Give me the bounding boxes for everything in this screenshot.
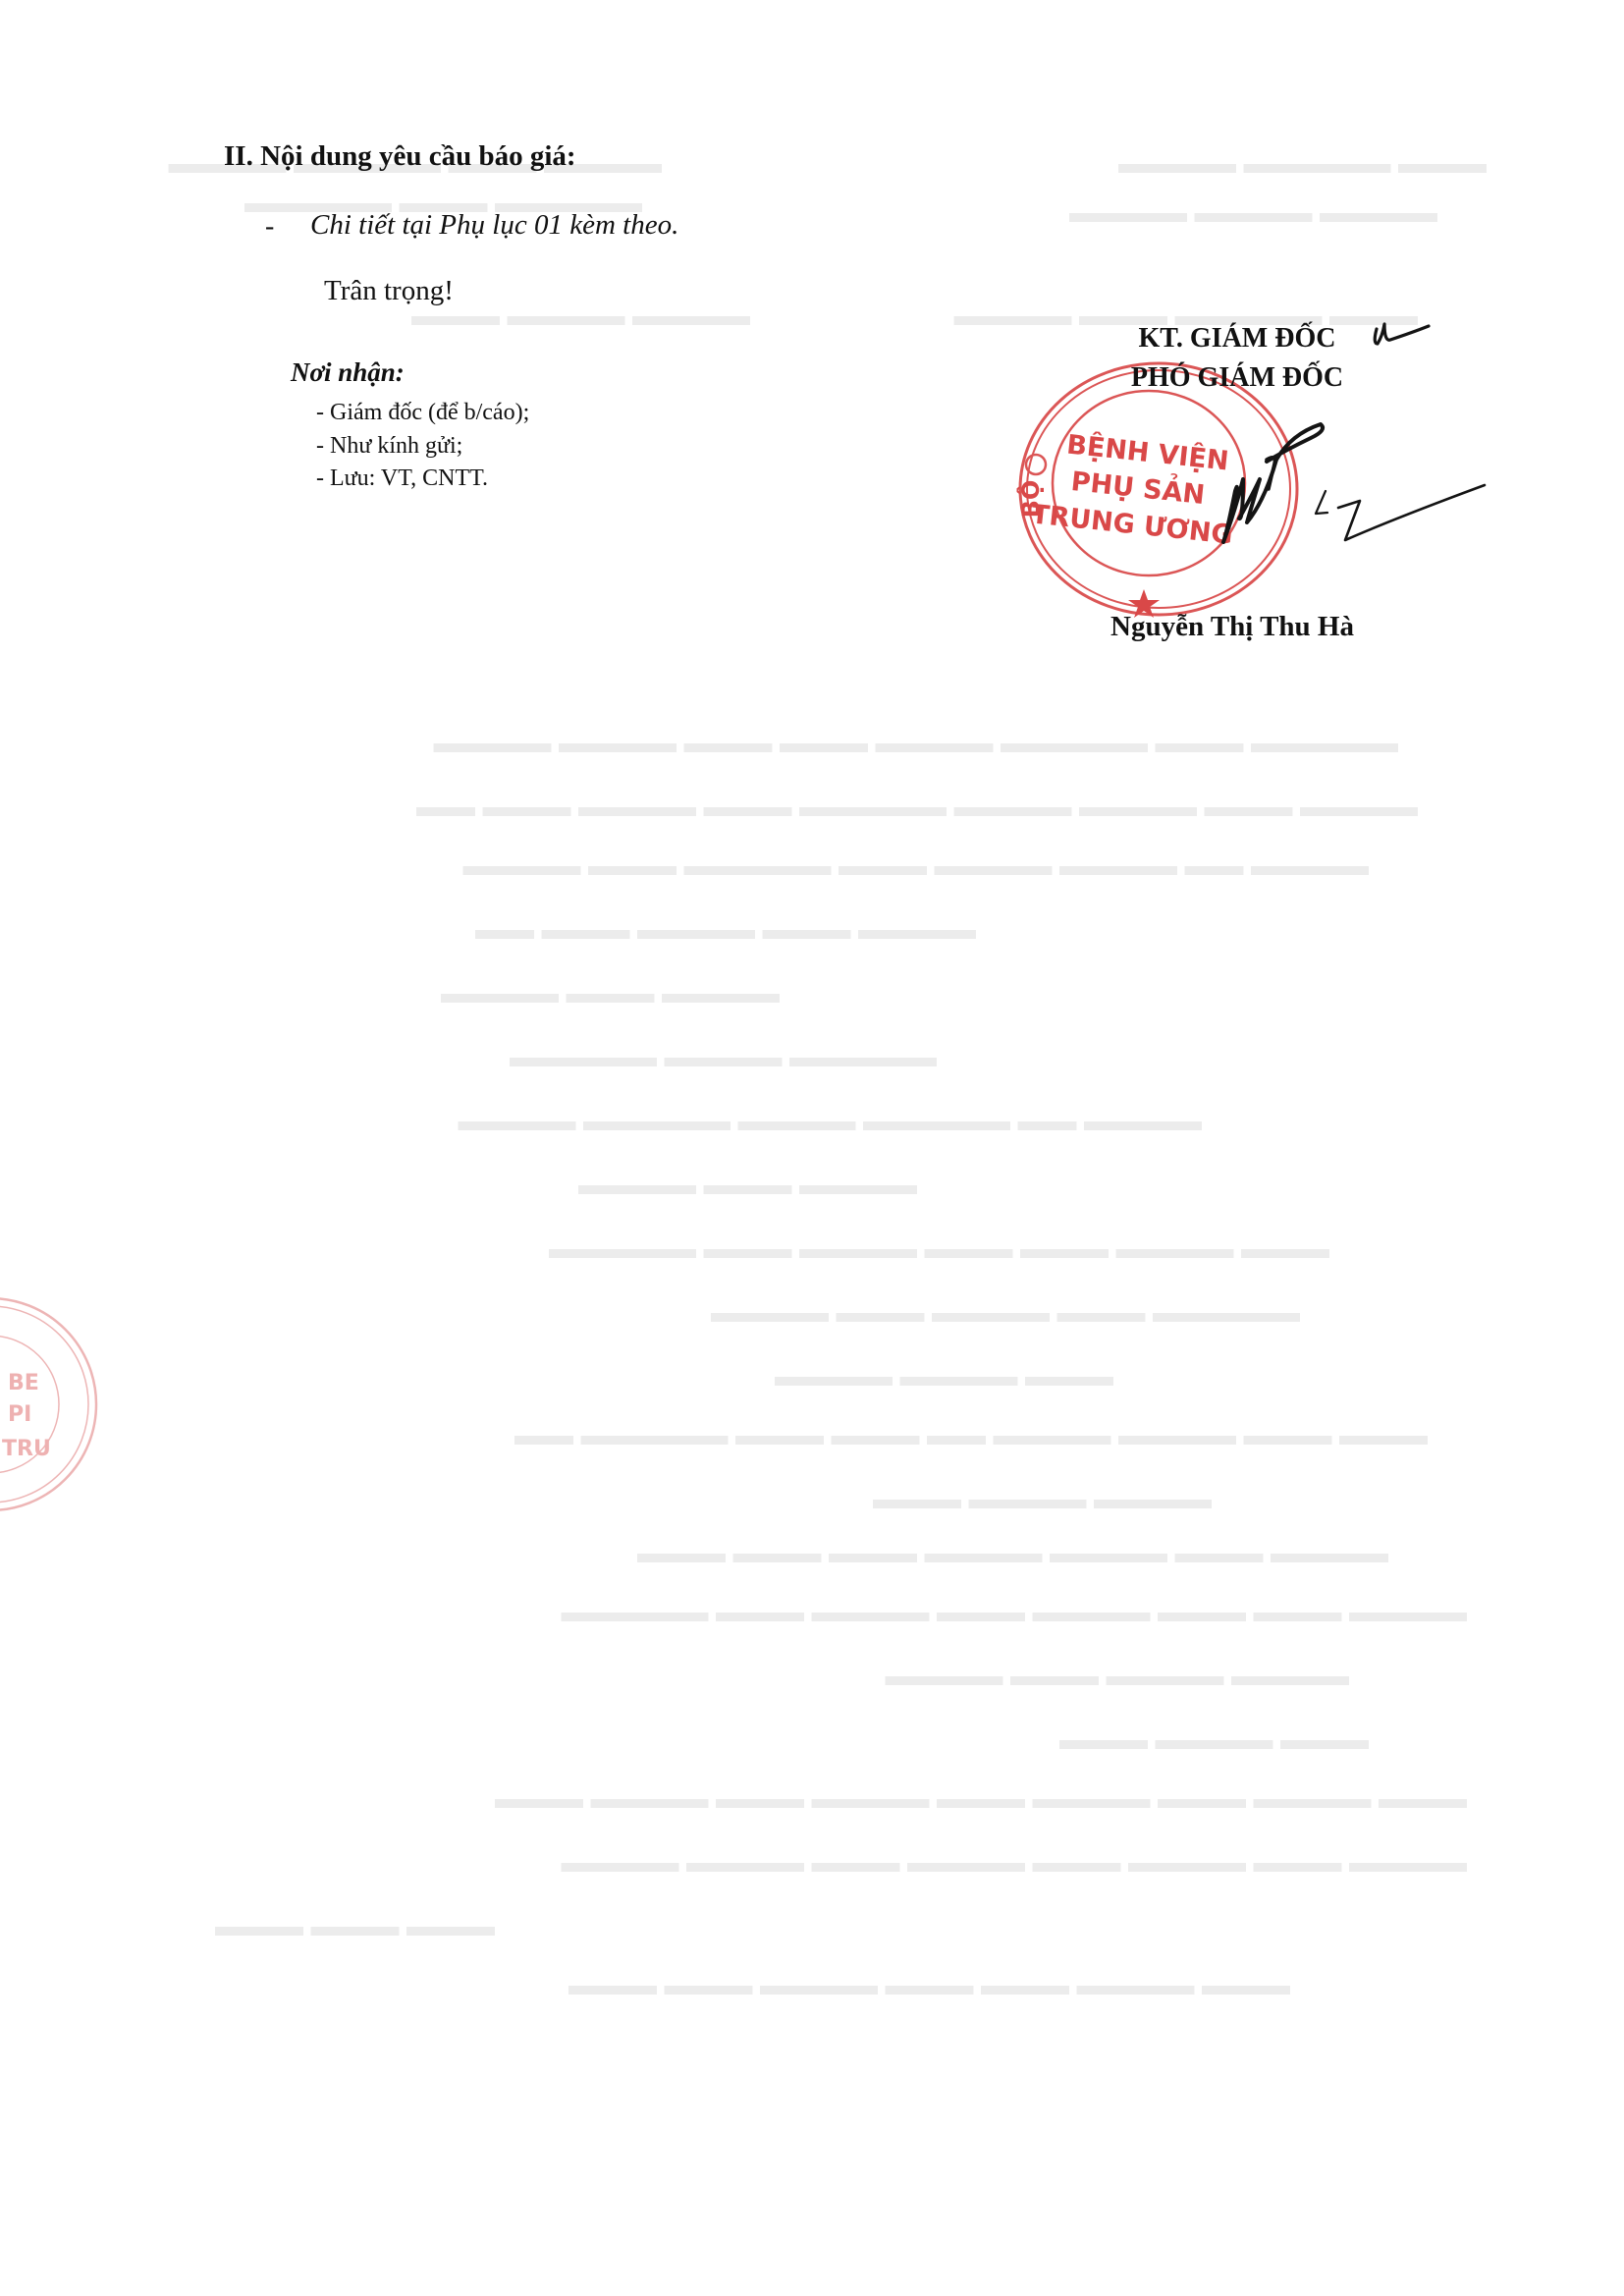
recipient-item: - Lưu: VT, CNTT. xyxy=(316,463,529,496)
svg-text:BE: BE xyxy=(8,1371,39,1395)
bullet-marker: - xyxy=(265,211,274,243)
signature-title-line2: PHÓ GIÁM ĐỐC xyxy=(1070,362,1404,394)
svg-text:PI: PI xyxy=(8,1402,31,1427)
signature-title-line1: KT. GIÁM ĐỐC xyxy=(1070,323,1404,355)
section-heading: II. Nội dung yêu cầu báo giá: xyxy=(224,140,576,173)
closing-text: Trân trọng! xyxy=(324,275,454,307)
stamp-line-2: PHỤ SẢN xyxy=(1069,463,1207,511)
stamp-line-3: TRUNG ƯƠNG xyxy=(1030,499,1234,550)
recipients-list: - Giám đốc (để b/cáo); - Như kính gửi; -… xyxy=(316,397,529,496)
recipient-item: - Giám đốc (để b/cáo); xyxy=(316,397,529,430)
svg-text:TRU: TRU xyxy=(2,1437,51,1461)
signer-name: Nguyễn Thị Thu Hà xyxy=(1075,611,1389,643)
bullet-text: Chi tiết tại Phụ lục 01 kèm theo. xyxy=(310,209,678,242)
stamp-line-1: BỆNH VIỆN xyxy=(1065,428,1230,476)
recipient-item: - Như kính gửi; xyxy=(316,430,529,464)
recipients-title: Nơi nhận: xyxy=(291,357,405,388)
stamp-side-text: BỘ xyxy=(1015,480,1045,519)
